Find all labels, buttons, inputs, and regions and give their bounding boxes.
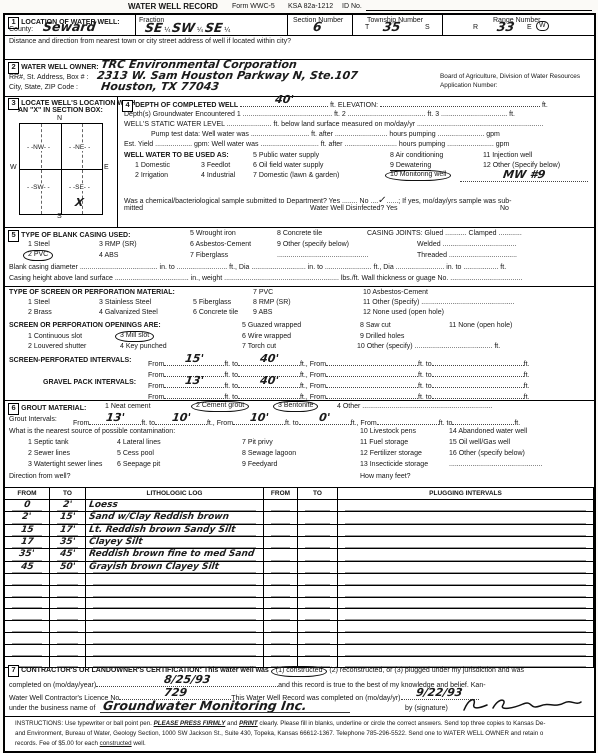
record-date-value: 9/22/93: [415, 687, 463, 700]
address-label: RR#, St. Address, Box # :: [9, 74, 88, 82]
spi-from-value: 15': [184, 353, 204, 366]
direction-question: Direction from well?: [9, 473, 70, 481]
gpi-to-blank: 40': [238, 379, 300, 388]
casing-rmp: 3 RMP (SR): [99, 241, 137, 249]
certification-line1: 7 CONTRACTOR'S OR LANDOWNER'S CERTIFICAT…: [8, 665, 524, 677]
sec2-title: 2 WATER WELL OWNER:: [8, 62, 99, 74]
lith-row: 35'45'Reddish brown fine to med Sand: [5, 549, 594, 561]
use-domestic: 1 Domestic: [135, 162, 170, 170]
grout-from3-blank: [377, 416, 439, 425]
gpi-to2-blank: [432, 379, 524, 388]
use-public-water: 5 Public water supply: [253, 152, 319, 160]
range-w-circled: W: [536, 21, 549, 31]
business-name-label: under the business name of: [9, 705, 95, 713]
opening-saw-cut: 8 Saw cut: [360, 322, 391, 330]
sec6-number: 6: [8, 403, 19, 415]
screen-none: 12 None used (open hole): [363, 309, 444, 317]
form-body: 1 LOCATION OF WATER WELL: County: Seward…: [3, 13, 596, 753]
township-s: S: [425, 24, 430, 32]
grout-to2-blank: 0': [299, 416, 351, 425]
constructed-circled: (1) constructed: [271, 666, 328, 677]
contam-feedyard: 9 Feedyard: [242, 461, 277, 469]
sec4-number: 4: [122, 100, 133, 112]
city-value: Houston, TX 77043: [100, 81, 220, 94]
casing-other-blank: ........................................…: [277, 252, 368, 260]
static-level-line: WELL'S STATIC WATER LEVEL ..............…: [124, 121, 543, 129]
opening-continuous: 1 Continuous slot: [28, 333, 82, 341]
quadrant-nw: - -NW- -: [26, 144, 51, 151]
gpi-from-value: 13': [184, 375, 204, 388]
screen-material-title: TYPE OF SCREEN OR PERFORATION MATERIAL:: [9, 289, 175, 297]
contam-cess-pool: 5 Cess pool: [117, 450, 154, 458]
casing-steel: 1 Steel: [28, 241, 50, 249]
col-from-1: FROM: [5, 488, 50, 500]
casing-concrete-tile: 8 Concrete tile: [277, 230, 322, 238]
spi-to2-blank: [432, 357, 524, 366]
township-t: T: [365, 24, 369, 32]
quadrant-se: - -SE- -: [68, 184, 91, 191]
grout-other: 4 Other ................................…: [337, 403, 493, 411]
joints-welded: Welded .................................…: [417, 241, 516, 249]
gpi-to4-blank: [432, 390, 524, 399]
contam-fertilizer: 12 Fertilizer storage: [360, 450, 422, 458]
opening-guazed: 5 Guazed wrapped: [242, 322, 301, 330]
contam-watertight-sewer: 3 Watertight sewer lines: [28, 461, 102, 469]
form-number: Form WWC-5: [232, 3, 275, 11]
lith-row: 1735'Clayey Silt: [5, 537, 594, 549]
id-no-label: ID No.: [342, 3, 362, 11]
lith-row: 4550'Grayish brown Clayey Silt: [5, 561, 594, 573]
disinfected-no-label: No: [500, 205, 509, 213]
use-air-conditioning: 8 Air conditioning: [390, 152, 443, 160]
lith-row-empty: [5, 633, 594, 645]
instructions-line1: INSTRUCTIONS: Use typewriter or ball poi…: [15, 720, 545, 727]
distance-question: Distance and direction from nearest town…: [9, 38, 291, 46]
screen-other: 11 Other (Specify) .....................…: [363, 299, 515, 307]
certification-line2: completed on (mo/day/year)8/25/93and thi…: [9, 678, 486, 690]
screen-steel: 1 Steel: [28, 299, 50, 307]
lith-row: 2'15'Sand w/Clay Reddish brown: [5, 512, 594, 524]
id-no-blank: [366, 10, 592, 11]
casing-diameter-line: Blank casing diameter ..................…: [9, 264, 506, 272]
spi-to-blank: 40': [238, 357, 300, 366]
sec5-title: 5 TYPE OF BLANK CASING USED:: [8, 230, 130, 242]
use-injection-well: 11 Injection well: [483, 152, 532, 160]
grout-to1-blank: 10': [155, 416, 207, 425]
county-value: Seward: [42, 20, 97, 34]
use-feedlot: 3 Feedlot: [201, 162, 230, 170]
casing-abs: 4 ABS: [99, 252, 118, 260]
use-other-blank: MW #9: [460, 173, 588, 182]
spi-from2-blank: [326, 357, 418, 366]
casing-pvc-circled: 2 PVC: [23, 250, 53, 261]
casing-other: 9 Other (specify below): [277, 241, 349, 249]
opening-key-punched: 4 Key punched: [120, 343, 167, 351]
section-box-diagram: - -NW- - - -NE- - - -SW- - - -SE- - X: [19, 123, 103, 215]
contam-insecticide: 13 Insecticide storage: [360, 461, 428, 469]
contam-septic: 1 Septic tank: [28, 439, 68, 447]
application-number-label: Application Number:: [440, 82, 498, 89]
elevation-blank: [380, 98, 540, 107]
contam-other: 16 Other (specify below): [449, 450, 525, 458]
sec6-title: 6 GROUT MATERIAL:: [8, 403, 86, 415]
lith-row-empty: [5, 585, 594, 597]
business-name-line: [100, 712, 350, 713]
contam-oil-well: 15 Oil well/Gas well: [449, 439, 510, 447]
sec3-title-line2: AN "X" IN SECTION BOX:: [18, 107, 103, 115]
grout-cement-circled: 2 Cement grout: [191, 401, 249, 412]
grout-from1-value: 13': [105, 412, 125, 425]
opening-drilled: 9 Drilled holes: [360, 333, 404, 341]
opening-wire: 6 Wire wrapped: [242, 333, 291, 341]
use-oil-field: 6 Oil field water supply: [253, 162, 323, 170]
grout-bentonite-circled: 3 Bentonite: [273, 401, 318, 412]
range-r: R: [473, 24, 478, 32]
form-title: WATER WELL RECORD: [128, 2, 218, 11]
yield-line: Est. Yield ................... gpm: Well…: [124, 141, 509, 149]
contam-abandoned-well: 14 Abandoned water well: [449, 428, 527, 436]
casing-wrought-iron: 5 Wrought iron: [190, 230, 236, 238]
openings-title: SCREEN OR PERFORATION OPENINGS ARE:: [9, 322, 161, 330]
lith-row-empty: [5, 644, 594, 656]
gpi-to3-blank: [238, 390, 300, 399]
spi-to4-blank: [432, 368, 524, 377]
opening-mill-slot-circled: 3 Mill slot: [115, 331, 154, 342]
water-well-record-form: WATER WELL RECORD Form WWC-5 KSA 82a-121…: [0, 0, 598, 753]
sec4-depth-line: 4 DEPTH OF COMPLETED WELL 40' ft. ELEVAT…: [122, 98, 548, 112]
contam-livestock: 10 Livestock pens: [360, 428, 416, 436]
contam-other-blank: ........................................…: [449, 461, 542, 469]
lith-row-empty: [5, 609, 594, 621]
instructions-line3: records. Fee of $5.00 for each construct…: [15, 740, 146, 747]
col-to-1: TO: [50, 488, 86, 500]
screen-asbestos: 10 Asbestos-Cement: [363, 289, 428, 297]
screen-galvanized: 4 Galvanized Steel: [99, 309, 158, 317]
screen-abs: 9 ABS: [253, 309, 272, 317]
screen-fiberglass: 5 Fiberglass: [193, 299, 231, 307]
quadrant-sw: - -SW- -: [26, 184, 51, 191]
joints-threaded: Threaded ...............................…: [417, 252, 517, 260]
gpi-from3-blank: [164, 390, 224, 399]
sample-question-cont: mitted: [124, 205, 143, 213]
grout-from2-value: 10': [249, 412, 269, 425]
used-as-label: WELL WATER TO BE USED AS:: [124, 152, 229, 160]
casing-joints-line: CASING JOINTS: Glued ........... Clamped…: [367, 230, 522, 238]
grout-to1-value: 10': [171, 412, 191, 425]
gpi-from4-blank: [326, 390, 418, 399]
contam-lateral: 4 Lateral lines: [117, 439, 161, 447]
col-plugging-intervals: PLUGGING INTERVALS: [338, 488, 594, 500]
grout-from1-blank: 13': [89, 416, 141, 425]
lith-row-empty: [5, 597, 594, 609]
board-text: Board of Agriculture, Division of Water …: [440, 73, 580, 80]
opening-other: 10 Other (specify) .....................…: [357, 343, 500, 351]
signature-scribble: [460, 695, 585, 715]
disinfected-question: Water Well Disinfected? Yes: [310, 205, 398, 213]
sec2-number: 2: [8, 62, 19, 74]
grout-intervals-label: Grout Intervals:: [9, 416, 57, 424]
casing-asbestos: 6 Asbestos-Cement: [190, 241, 251, 249]
use-irrigation: 2 Irrigation: [135, 172, 168, 180]
compass-w: W: [10, 164, 17, 172]
screen-intervals-label: SCREEN-PERFORATED INTERVALS:: [9, 357, 132, 365]
completed-date-value: 8/25/93: [163, 674, 211, 687]
compass-e: E: [104, 164, 109, 172]
grout-to2-value: 0': [318, 412, 331, 425]
contam-sewer: 2 Sewer lines: [28, 450, 70, 458]
screen-rmp: 8 RMP (SR): [253, 299, 291, 307]
opening-none: 11 None (open hole): [449, 322, 512, 330]
grout-from2-blank: 10': [233, 416, 285, 425]
col-to-2: TO: [298, 488, 338, 500]
lith-row-empty: [5, 574, 594, 586]
instructions-line2: and Environment, Bureau of Water, Geolog…: [15, 730, 543, 737]
fraction-value: SE ¼ SW ¼ SE ¼: [145, 21, 230, 35]
contam-fuel: 11 Fuel storage: [360, 439, 408, 447]
casing-height-line: Casing height above land surface .......…: [9, 275, 522, 283]
pump-test-line: Pump test data: Well water was .........…: [151, 131, 500, 139]
lith-row: 02'Loess: [5, 500, 594, 512]
range-value: 33: [496, 20, 515, 34]
lith-row: 1517'Lt. Reddish brown Sandy Silt: [5, 524, 594, 536]
lith-row-empty: [5, 621, 594, 633]
grout-to3-blank: [452, 416, 514, 425]
township-value: 35: [382, 20, 401, 34]
depth-value: 40': [274, 94, 294, 107]
compass-n: N: [57, 115, 62, 123]
screen-concrete: 6 Concrete tile: [193, 309, 238, 317]
use-industrial: 4 Industrial: [201, 172, 235, 180]
col-lithologic-log: LITHOLOGIC LOG: [86, 488, 264, 500]
spi-from4-blank: [326, 368, 418, 377]
compass-s: S: [57, 213, 62, 221]
use-monitoring-well-circled: 10 Monitoring well: [385, 170, 451, 181]
county-label: County:: [9, 26, 33, 34]
screen-brass: 2 Brass: [28, 309, 52, 317]
contamination-question: What is the nearest source of possible c…: [9, 428, 175, 436]
well-location-x-mark: X: [74, 197, 84, 210]
grout-neat-cement: 1 Neat cement: [105, 403, 151, 411]
spi-to-value: 40': [259, 353, 279, 366]
spi-from-blank: 15': [164, 357, 224, 366]
range-e: E: [527, 24, 532, 32]
screen-pvc: 7 PVC: [253, 289, 273, 297]
depth-blank: 40': [240, 98, 328, 107]
gravel-intervals-label: GRAVEL PACK INTERVALS:: [43, 379, 136, 387]
gpi-to-value: 40': [259, 375, 279, 388]
sec7-number: 7: [8, 665, 19, 677]
sec5-number: 5: [8, 230, 19, 242]
contam-sewage-lagoon: 8 Sewage lagoon: [242, 450, 296, 458]
groundwater-line: Depth(s) Groundwater Encountered 1 .....…: [124, 111, 515, 119]
feet-question: How many feet?: [360, 473, 411, 481]
city-label: City, State, ZIP Code :: [9, 84, 78, 92]
grout-intervals-line: From13'ft. to10'ft., From10'ft. to0'ft.,…: [73, 416, 520, 428]
contam-seepage-pit: 6 Seepage pit: [117, 461, 160, 469]
screen-stainless: 3 Stainless Steel: [99, 299, 151, 307]
lithologic-table: FROM TO LITHOLOGIC LOG FROM TO PLUGGING …: [4, 487, 594, 668]
gpi-from-blank: 13': [164, 379, 224, 388]
ksa-number: KSA 82a-1212: [288, 3, 333, 11]
monitoring-well-id: MW #9: [502, 169, 546, 182]
col-from-2: FROM: [264, 488, 298, 500]
section-number-value: 6: [312, 20, 323, 34]
gpi-from2-blank: [326, 379, 418, 388]
signature-label: by (signature): [405, 705, 448, 713]
contam-pit-privy: 7 Pit privy: [242, 439, 273, 447]
opening-louvered: 2 Louvered shutter: [28, 343, 86, 351]
casing-fiberglass: 7 Fiberglass: [190, 252, 228, 260]
quadrant-ne: - -NE- -: [68, 144, 91, 151]
use-domestic-lawn: 7 Domestic (lawn & garden): [253, 172, 339, 180]
lithologic-table-wrap: FROM TO LITHOLOGIC LOG FROM TO PLUGGING …: [4, 487, 594, 668]
opening-torch: 7 Torch cut: [242, 343, 276, 351]
